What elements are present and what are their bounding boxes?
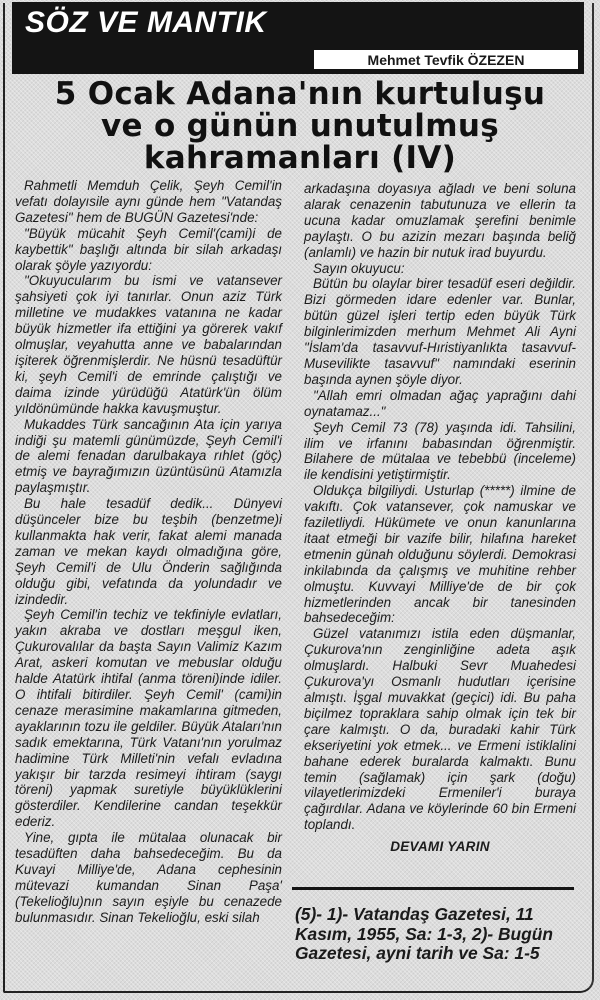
column-masthead: SÖZ VE MANTIK Mehmet Tevfik ÖZEZEN (12, 2, 584, 74)
paragraph: Güzel vatanımızı istila eden düşmanlar, … (304, 626, 576, 833)
footnote-divider (292, 887, 574, 890)
paragraph: arkadaşına doyasıya ağladı ve beni solun… (304, 181, 576, 261)
headline-line-2: ve o günün unutulmuş (10, 110, 590, 142)
paragraph: "Allah emri olmadan ağaç yaprağını dahi … (304, 388, 576, 420)
continued-tomorrow-label: DEVAMI YARIN (304, 839, 576, 855)
author-byline: Mehmet Tevfik ÖZEZEN (314, 52, 578, 68)
paragraph: Şeyh Cemil 73 (78) yaşında idi. Tahsilin… (304, 420, 576, 484)
paragraph: Bu hale tesadüf dedik... Dünyevi düşünce… (15, 496, 282, 607)
paragraph: Oldukça bilgiliydi. Usturlap (*****) ilm… (304, 483, 576, 626)
paragraph: "Büyük mücahit Şeyh Cemil'(cami)i de kay… (15, 226, 282, 274)
paragraph: Mukaddes Türk sancağının Ata için yarıya… (15, 417, 282, 497)
paragraph: "Okuyucularım bu ismi ve vatansever şahs… (15, 273, 282, 416)
headline-line-3: kahramanları (IV) (10, 142, 590, 174)
column-title: SÖZ VE MANTIK (25, 6, 267, 40)
footnote-reference: (5)- 1)- Vatandaş Gazetesi, 11 Kasım, 19… (295, 905, 575, 964)
paragraph: Rahmetli Memduh Çelik, Şeyh Cemil'in vef… (15, 178, 282, 226)
headline-line-1: 5 Ocak Adana'nın kurtuluşu (10, 78, 590, 110)
article-headline: 5 Ocak Adana'nın kurtuluşu ve o günün un… (10, 78, 590, 174)
paragraph: Şeyh Cemil'in techiz ve tekfiniyle evlat… (15, 607, 282, 830)
paragraph: Sayın okuyucu: (304, 261, 576, 277)
paragraph: Bütün bu olaylar birer tesadüf eseri değ… (304, 276, 576, 387)
left-column: Rahmetli Memduh Çelik, Şeyh Cemil'in vef… (15, 178, 282, 926)
byline-box: Mehmet Tevfik ÖZEZEN (314, 50, 578, 69)
newspaper-clipping: SÖZ VE MANTIK Mehmet Tevfik ÖZEZEN 5 Oca… (0, 0, 600, 1000)
right-column: arkadaşına doyasıya ağladı ve beni solun… (304, 181, 576, 855)
paragraph: Yine, gıpta ile mütalaa olunacak bir tes… (15, 830, 282, 925)
